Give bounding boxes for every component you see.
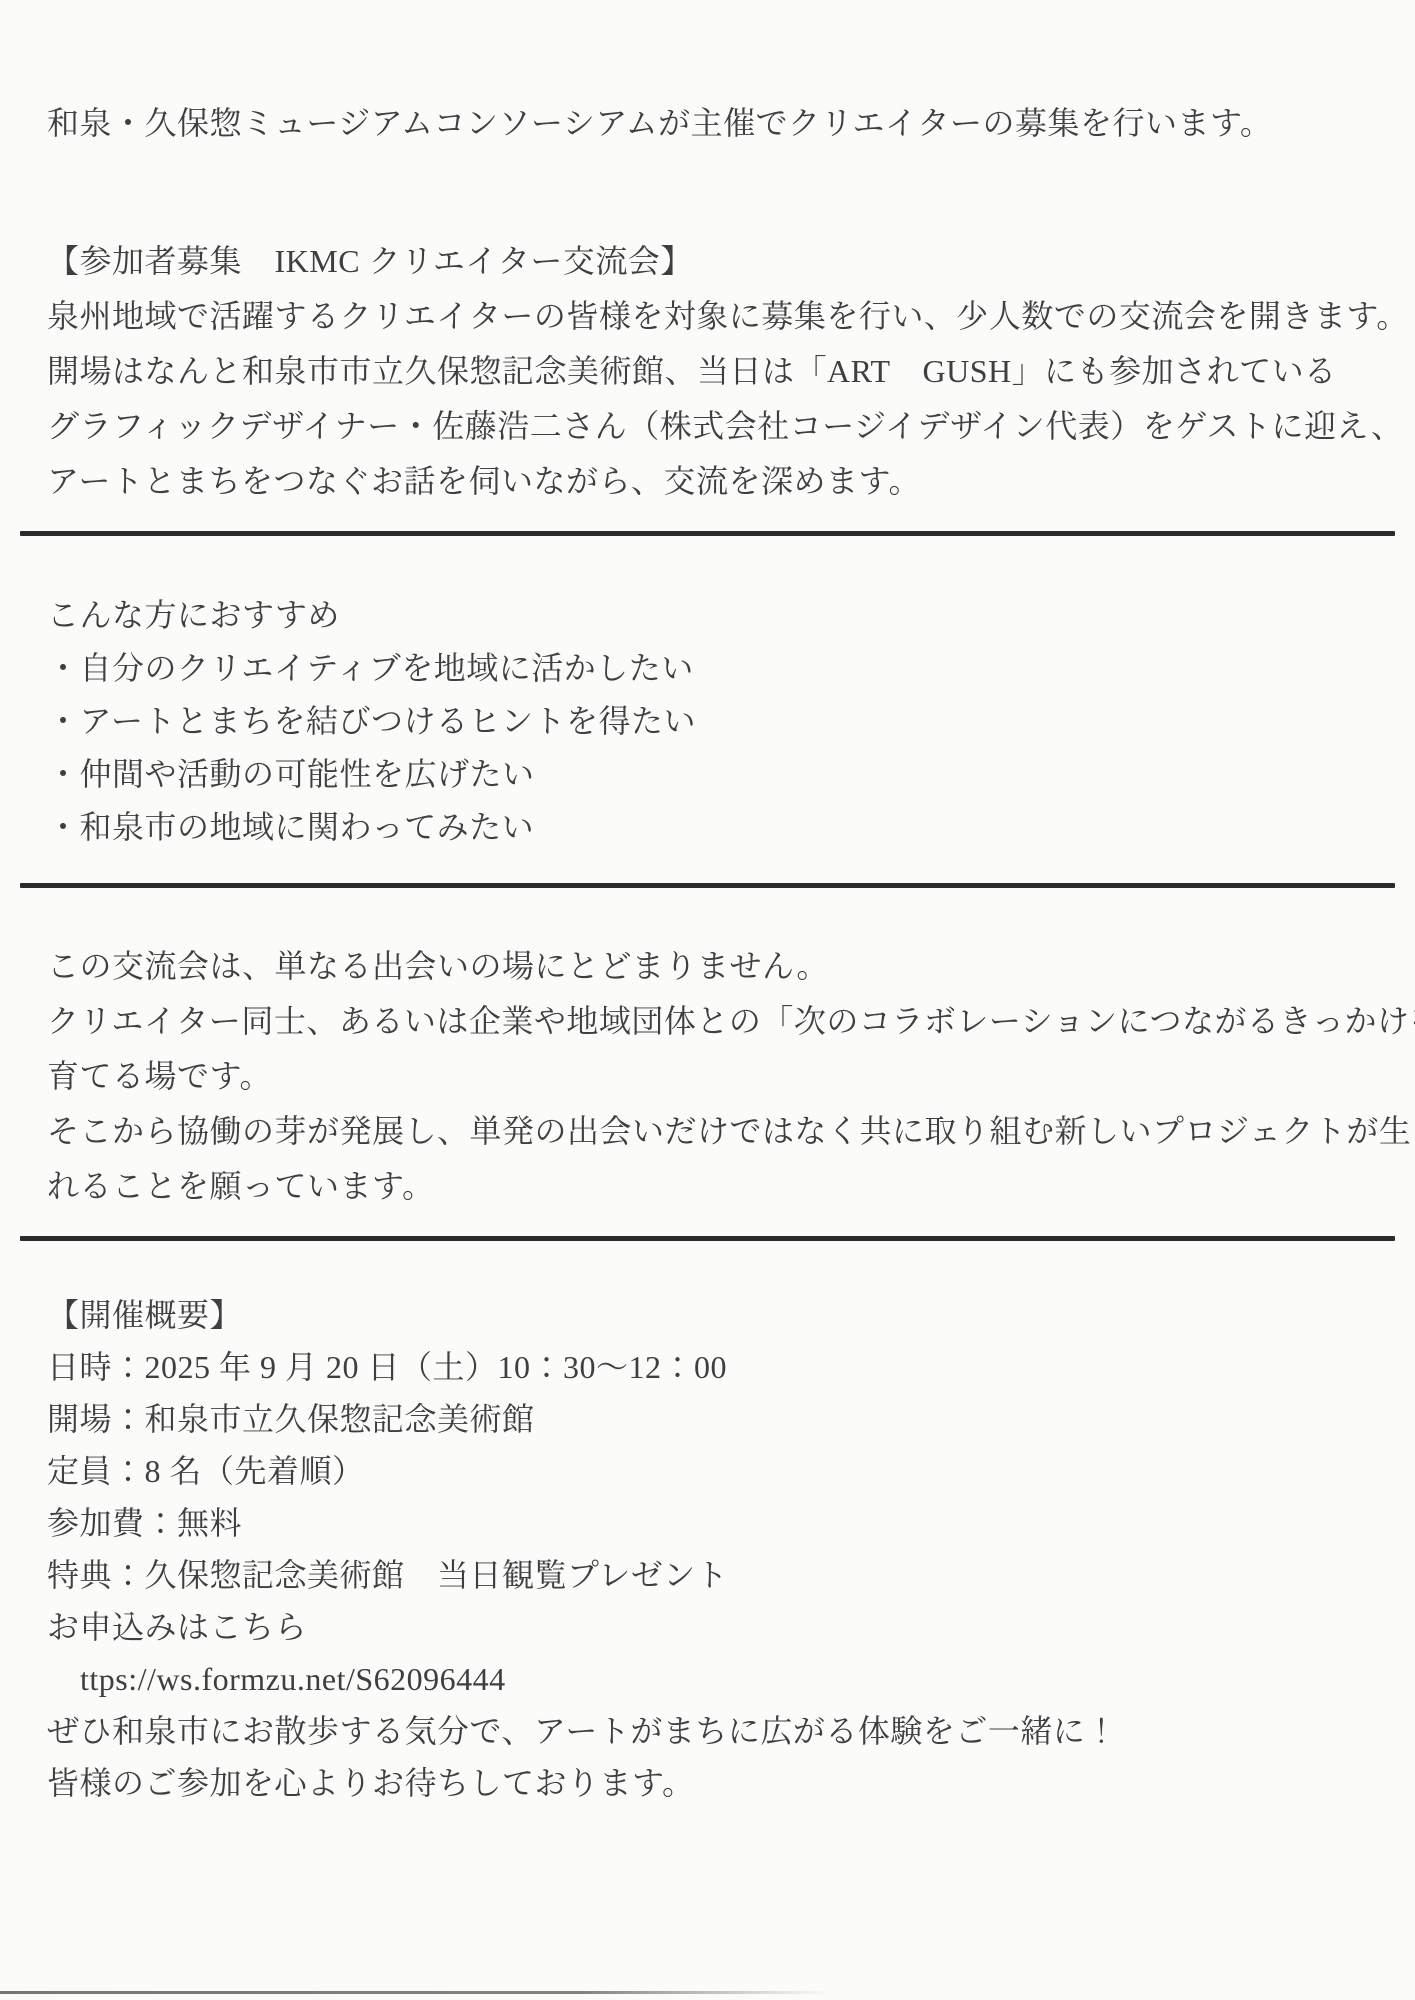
bullet-item: ・アートとまちを結びつけるヒントを得たい: [47, 695, 1368, 748]
recommended-heading: こんな方におすすめ: [47, 589, 1368, 642]
bullet-item: ・和泉市の地域に関わってみたい: [47, 801, 1368, 854]
body-line: グラフィックデザイナー・佐藤浩二さん（株式会社コージイデザイン代表）をゲストに迎…: [47, 399, 1368, 454]
closing-line: ぜひ和泉市にお散歩する気分で、アートがまちに広がる体験をご一緒に！: [47, 1705, 1368, 1757]
overview-item: 日時：2025 年 9 月 20 日（土）10：30～12：00: [47, 1341, 1368, 1393]
body-line: この交流会は、単なる出会いの場にとどまりません。: [47, 939, 1368, 994]
vision-paragraph: この交流会は、単なる出会いの場にとどまりません。クリエイター同士、あるいは企業や…: [47, 939, 1368, 1214]
body-line: 育てる場です。: [47, 1049, 1368, 1104]
intro-line: 和泉・久保惣ミュージアムコンソーシアムが主催でクリエイターの募集を行います。: [47, 96, 1368, 151]
recruitment-section-title: 【参加者募集 IKMC クリエイター交流会】: [47, 234, 1368, 289]
body-line: そこから協働の芽が発展し、単発の出会いだけではなく共に取り組む新しいプロジェクト…: [47, 1104, 1368, 1159]
section-divider: [20, 531, 1395, 536]
closing-paragraph: ぜひ和泉市にお散歩する気分で、アートがまちに広がる体験をご一緒に！皆様のご参加を…: [47, 1705, 1368, 1809]
overview-item: 参加費：無料: [47, 1497, 1368, 1549]
closing-line: 皆様のご参加を心よりお待ちしております。: [47, 1757, 1368, 1809]
body-line: 泉州地域で活躍するクリエイターの皆様を対象に募集を行い、少人数での交流会を開きま…: [47, 289, 1368, 344]
overview-section-title: 【開催概要】: [47, 1289, 1368, 1341]
overview-item: 定員：8 名（先着順）: [47, 1445, 1368, 1497]
overview-section: 【開催概要】 日時：2025 年 9 月 20 日（土）10：30～12：00開…: [47, 1289, 1368, 1809]
recruitment-paragraph: 泉州地域で活躍するクリエイターの皆様を対象に募集を行い、少人数での交流会を開きま…: [47, 289, 1368, 509]
page-bottom-edge: [0, 1991, 830, 1994]
scanned-document-page: 和泉・久保惣ミュージアムコンソーシアムが主催でクリエイターの募集を行います。 【…: [0, 0, 1415, 2000]
vision-section: この交流会は、単なる出会いの場にとどまりません。クリエイター同士、あるいは企業や…: [47, 939, 1368, 1214]
bullet-item: ・自分のクリエイティブを地域に活かしたい: [47, 642, 1368, 695]
recommended-section: こんな方におすすめ ・自分のクリエイティブを地域に活かしたい・アートとまちを結び…: [47, 589, 1368, 854]
section-divider: [20, 1236, 1395, 1241]
recommended-bullet-list: ・自分のクリエイティブを地域に活かしたい・アートとまちを結びつけるヒントを得たい…: [47, 642, 1368, 854]
body-line: れることを願っています。: [47, 1159, 1368, 1214]
body-line: クリエイター同士、あるいは企業や地域団体との「次のコラボレーションにつながるきっ…: [47, 994, 1368, 1049]
bullet-item: ・仲間や活動の可能性を広げたい: [47, 748, 1368, 801]
overview-detail-list: 日時：2025 年 9 月 20 日（土）10：30～12：00開場：和泉市立久…: [47, 1341, 1368, 1653]
overview-item: 特典：久保惣記念美術館 当日観覧プレゼント: [47, 1549, 1368, 1601]
overview-item: 開場：和泉市立久保惣記念美術館: [47, 1393, 1368, 1445]
body-line: 開場はなんと和泉市市立久保惣記念美術館、当日は「ART GUSH」にも参加されて…: [47, 344, 1368, 399]
recruitment-section: 【参加者募集 IKMC クリエイター交流会】 泉州地域で活躍するクリエイターの皆…: [47, 234, 1368, 509]
application-url: ttps://ws.formzu.net/S62096444: [47, 1653, 1368, 1705]
section-divider: [20, 883, 1395, 888]
overview-item: お申込みはこちら: [47, 1601, 1368, 1653]
body-line: アートとまちをつなぐお話を伺いながら、交流を深めます。: [47, 454, 1368, 509]
